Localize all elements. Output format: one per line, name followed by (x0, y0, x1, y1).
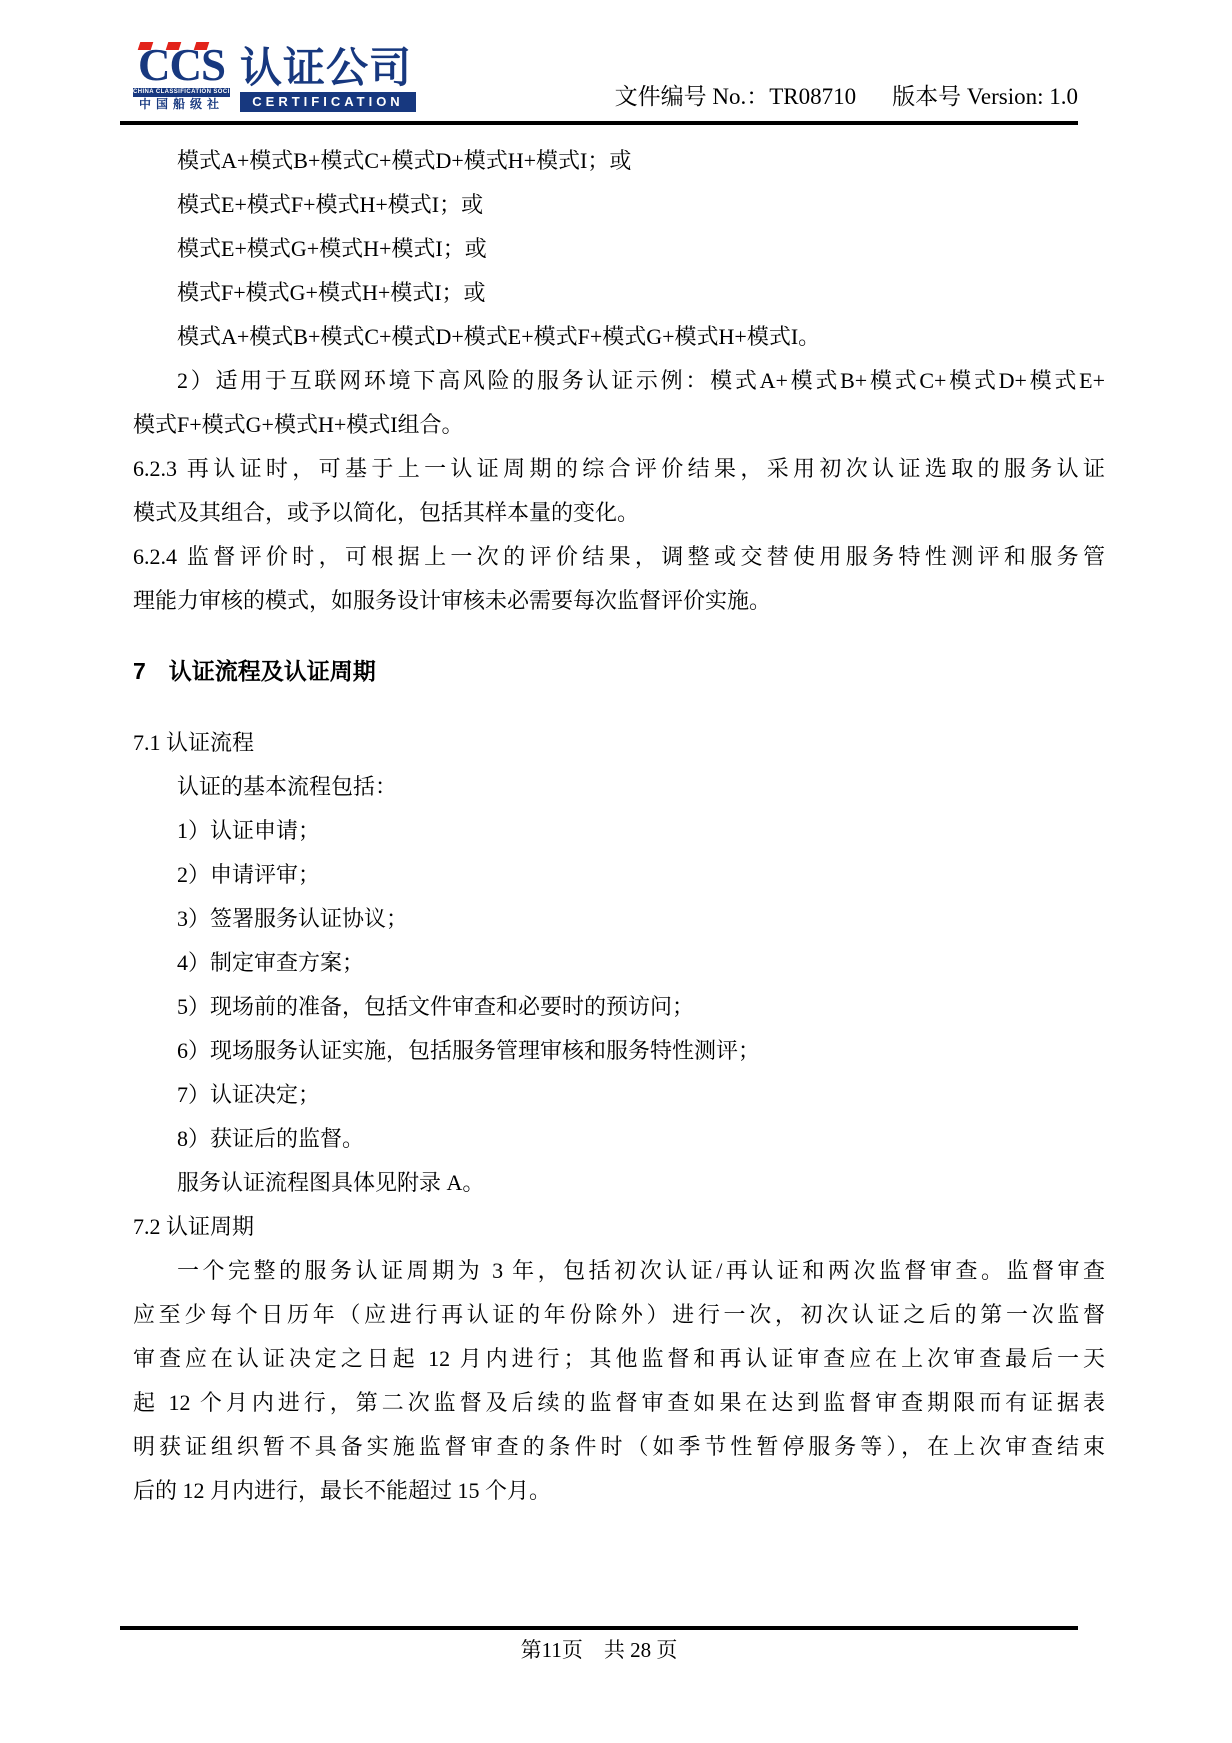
mode-combination-line: 模式E+模式F+模式H+模式I；或 (133, 183, 1105, 227)
document-number: 文件编号 No.：TR08710 (615, 84, 857, 109)
paragraph-line: 应至少每个日历年（应进行再认证的年份除外）进行一次，初次认证之后的第一次监督 (133, 1293, 1105, 1337)
header-divider (120, 121, 1078, 125)
paragraph-line: 模式F+模式G+模式H+模式I组合。 (133, 403, 1105, 447)
ccs-red-accent-icon (194, 42, 210, 50)
paragraph-line: 理能力审核的模式，如服务设计审核未必需要每次监督评价实施。 (133, 579, 1105, 623)
mode-combination-line: 模式A+模式B+模式C+模式D+模式H+模式I；或 (133, 139, 1105, 183)
section-heading: 7 认证流程及认证周期 (133, 649, 1105, 693)
paragraph-line: 明获证组织暂不具备实施监督审查的条件时（如季节性暂停服务等），在上次审查结束 (133, 1425, 1105, 1469)
paragraph-line: 后的 12 月内进行，最长不能超过 15 个月。 (133, 1469, 1105, 1513)
paragraph-line: 审查应在认证决定之日起 12 月内进行；其他监督和再认证审查应在上次审查最后一天 (133, 1337, 1105, 1381)
paragraph-line: 模式及其组合，或予以简化，包括其样本量的变化。 (133, 491, 1105, 535)
subsection-heading: 7.1 认证流程 (133, 721, 1105, 765)
document-body: 模式A+模式B+模式C+模式D+模式H+模式I；或模式E+模式F+模式H+模式I… (133, 139, 1105, 1513)
list-item: 2）申请评审； (133, 853, 1105, 897)
paragraph-line: 服务认证流程图具体见附录 A。 (133, 1161, 1105, 1205)
paragraph-line: 认证的基本流程包括： (133, 765, 1105, 809)
mode-combination-line: 模式A+模式B+模式C+模式D+模式E+模式F+模式G+模式H+模式I。 (133, 315, 1105, 359)
list-item: 6）现场服务认证实施，包括服务管理审核和服务特性测评； (133, 1029, 1105, 1073)
paragraph-line: 2）适用于互联网环境下高风险的服务认证示例：模式A+模式B+模式C+模式D+模式… (133, 359, 1105, 403)
page-number: 第11页 共 28 页 (120, 1632, 1078, 1668)
document-version: 版本号 Version: 1.0 (892, 84, 1078, 109)
subsection-heading: 7.2 认证周期 (133, 1205, 1105, 1249)
mode-combination-line: 模式F+模式G+模式H+模式I；或 (133, 271, 1105, 315)
list-item: 7）认证决定； (133, 1073, 1105, 1117)
list-item: 3）签署服务认证协议； (133, 897, 1105, 941)
document-info: 文件编号 No.：TR08710版本号 Version: 1.0 (120, 82, 1078, 112)
document-page: CCS CHINA CLASSIFICATION SOCIETY 中国船级社 认… (0, 0, 1232, 1743)
ccs-logo-text: CCS (133, 45, 230, 85)
paragraph-line: 6.2.3 再认证时，可基于上一认证周期的综合评价结果，采用初次认证选取的服务认… (133, 447, 1105, 491)
paragraph-line: 一个完整的服务认证周期为 3 年，包括初次认证/再认证和两次监督审查。监督审查 (133, 1249, 1105, 1293)
list-item: 4）制定审查方案； (133, 941, 1105, 985)
footer-divider (120, 1626, 1078, 1630)
list-item: 8）获证后的监督。 (133, 1117, 1105, 1161)
mode-combination-line: 模式E+模式G+模式H+模式I；或 (133, 227, 1105, 271)
ccs-red-accent-icon (166, 42, 182, 50)
paragraph-line: 起 12 个月内进行，第二次监督及后续的监督审查如果在达到监督审查期限而有证据表 (133, 1381, 1105, 1425)
list-item: 1）认证申请； (133, 809, 1105, 853)
ccs-red-accent-icon (138, 42, 154, 50)
paragraph-line: 6.2.4 监督评价时，可根据上一次的评价结果，调整或交替使用服务特性测评和服务… (133, 535, 1105, 579)
list-item: 5）现场前的准备，包括文件审查和必要时的预访问； (133, 985, 1105, 1029)
